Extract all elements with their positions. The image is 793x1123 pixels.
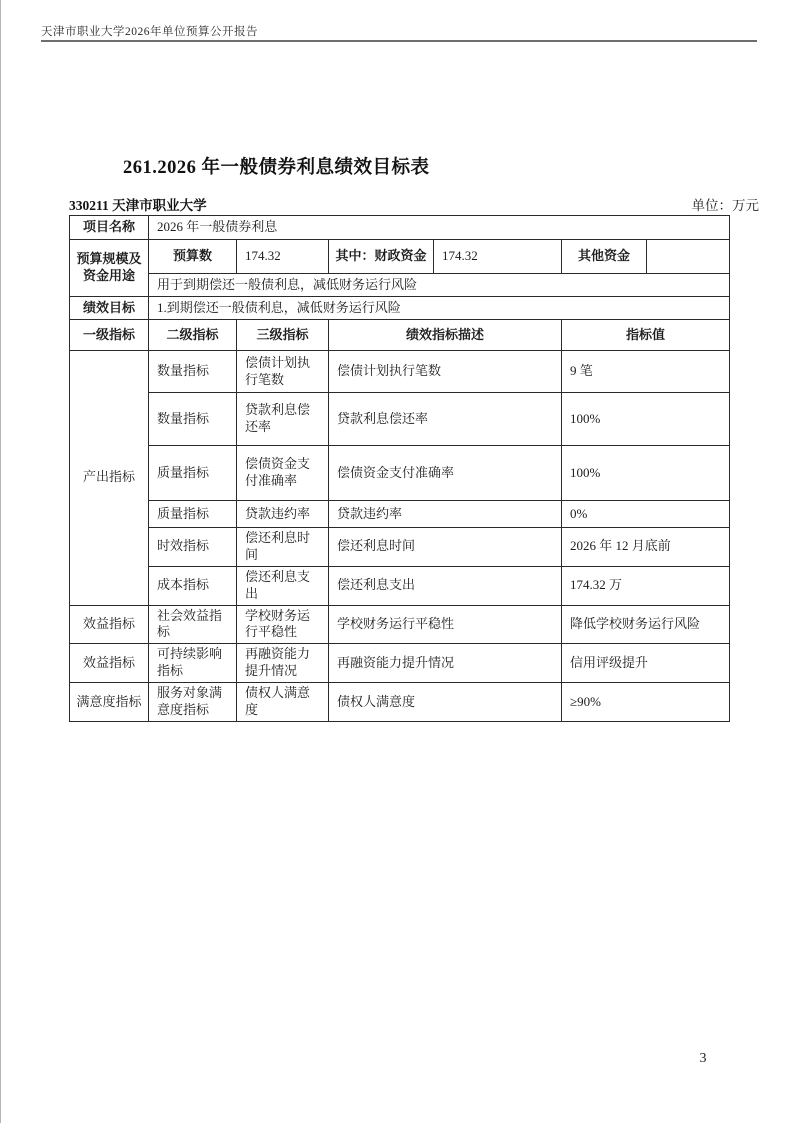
table-header-row: 一级指标 二级指标 三级指标 绩效指标描述 指标值 bbox=[70, 320, 730, 351]
performance-target-table: 项目名称 2026 年一般债券利息 预算规模及资金用途 预算数 174.32 其… bbox=[69, 215, 730, 722]
indicator-row: 数量指标 贷款利息偿还率 贷款利息偿还率 100% bbox=[70, 393, 730, 446]
table-row: 用于到期偿还一般债利息，减低财务运行风险 bbox=[70, 274, 730, 297]
level2-indicator: 服务对象满意度指标 bbox=[149, 683, 237, 722]
indicator-description: 学校财务运行平稳性 bbox=[329, 605, 562, 644]
indicator-value: 0% bbox=[562, 501, 730, 528]
level3-indicator: 偿债资金支付准确率 bbox=[237, 446, 329, 501]
project-name-value: 2026 年一般债券利息 bbox=[149, 216, 730, 240]
document-page: 天津市职业大学2026年单位预算公开报告 261.2026 年一般债券利息绩效目… bbox=[0, 0, 793, 1123]
level3-indicator: 贷款利息偿还率 bbox=[237, 393, 329, 446]
header-divider bbox=[41, 40, 757, 42]
column-header-level1: 一级指标 bbox=[70, 320, 149, 351]
level3-indicator: 债权人满意度 bbox=[237, 683, 329, 722]
level2-indicator: 成本指标 bbox=[149, 566, 237, 605]
column-header-level2: 二级指标 bbox=[149, 320, 237, 351]
level2-indicator: 质量指标 bbox=[149, 501, 237, 528]
indicator-row: 质量指标 偿债资金支付准确率 偿债资金支付准确率 100% bbox=[70, 446, 730, 501]
other-fund-label: 其他资金 bbox=[562, 240, 647, 274]
budget-number-label: 预算数 bbox=[149, 240, 237, 274]
document-header-text: 天津市职业大学2026年单位预算公开报告 bbox=[41, 23, 258, 39]
level3-indicator: 再融资能力提升情况 bbox=[237, 644, 329, 683]
unit-of-measure-label: 单位：万元 bbox=[692, 194, 760, 214]
level1-indicator: 满意度指标 bbox=[70, 683, 149, 722]
indicator-value: 100% bbox=[562, 446, 730, 501]
indicator-row: 成本指标 偿还利息支出 偿还利息支出 174.32 万 bbox=[70, 566, 730, 605]
level3-indicator: 偿还利息时间 bbox=[237, 528, 329, 567]
indicator-value: 174.32 万 bbox=[562, 566, 730, 605]
level3-indicator: 偿债计划执行笔数 bbox=[237, 351, 329, 393]
table-row: 项目名称 2026 年一般债券利息 bbox=[70, 216, 730, 240]
fiscal-fund-value: 174.32 bbox=[434, 240, 562, 274]
indicator-row: 满意度指标 服务对象满意度指标 债权人满意度 债权人满意度 ≥90% bbox=[70, 683, 730, 722]
indicator-description: 贷款利息偿还率 bbox=[329, 393, 562, 446]
level1-indicator: 产出指标 bbox=[70, 351, 149, 606]
indicator-row: 时效指标 偿还利息时间 偿还利息时间 2026 年 12 月底前 bbox=[70, 528, 730, 567]
performance-goal-label: 绩效目标 bbox=[70, 297, 149, 320]
level2-indicator: 时效指标 bbox=[149, 528, 237, 567]
budget-number-value: 174.32 bbox=[237, 240, 329, 274]
fund-usage-text: 用于到期偿还一般债利息，减低财务运行风险 bbox=[149, 274, 730, 297]
indicator-row: 质量指标 贷款违约率 贷款违约率 0% bbox=[70, 501, 730, 528]
level2-indicator: 可持续影响指标 bbox=[149, 644, 237, 683]
indicator-value: 降低学校财务运行风险 bbox=[562, 605, 730, 644]
indicator-value: 9 笔 bbox=[562, 351, 730, 393]
indicator-row: 效益指标 社会效益指标 学校财务运行平稳性 学校财务运行平稳性 降低学校财务运行… bbox=[70, 605, 730, 644]
level2-indicator: 数量指标 bbox=[149, 351, 237, 393]
indicator-description: 偿债计划执行笔数 bbox=[329, 351, 562, 393]
subtitle-row: 330211 天津市职业大学 单位：万元 bbox=[69, 194, 759, 214]
budget-section-label: 预算规模及资金用途 bbox=[70, 240, 149, 297]
level3-indicator: 偿还利息支出 bbox=[237, 566, 329, 605]
column-header-level3: 三级指标 bbox=[237, 320, 329, 351]
indicator-description: 偿还利息时间 bbox=[329, 528, 562, 567]
indicator-row: 效益指标 可持续影响指标 再融资能力提升情况 再融资能力提升情况 信用评级提升 bbox=[70, 644, 730, 683]
performance-goal-text: 1.到期偿还一般债利息，减低财务运行风险 bbox=[149, 297, 730, 320]
page-number: 3 bbox=[691, 1051, 715, 1067]
level2-indicator: 数量指标 bbox=[149, 393, 237, 446]
indicator-description: 债权人满意度 bbox=[329, 683, 562, 722]
other-fund-value bbox=[647, 240, 730, 274]
column-header-description: 绩效指标描述 bbox=[329, 320, 562, 351]
indicator-value: ≥90% bbox=[562, 683, 730, 722]
indicator-value: 2026 年 12 月底前 bbox=[562, 528, 730, 567]
indicator-description: 偿债资金支付准确率 bbox=[329, 446, 562, 501]
table-row: 预算规模及资金用途 预算数 174.32 其中：财政资金 174.32 其他资金 bbox=[70, 240, 730, 274]
level2-indicator: 质量指标 bbox=[149, 446, 237, 501]
level3-indicator: 学校财务运行平稳性 bbox=[237, 605, 329, 644]
fiscal-fund-label: 其中：财政资金 bbox=[329, 240, 434, 274]
level1-indicator: 效益指标 bbox=[70, 644, 149, 683]
indicator-value: 信用评级提升 bbox=[562, 644, 730, 683]
project-name-label: 项目名称 bbox=[70, 216, 149, 240]
level3-indicator: 贷款违约率 bbox=[237, 501, 329, 528]
indicator-description: 偿还利息支出 bbox=[329, 566, 562, 605]
page-title: 261.2026 年一般债券利息绩效目标表 bbox=[123, 153, 430, 179]
indicator-description: 贷款违约率 bbox=[329, 501, 562, 528]
level2-indicator: 社会效益指标 bbox=[149, 605, 237, 644]
level1-indicator: 效益指标 bbox=[70, 605, 149, 644]
indicator-description: 再融资能力提升情况 bbox=[329, 644, 562, 683]
indicator-value: 100% bbox=[562, 393, 730, 446]
unit-code-name: 330211 天津市职业大学 bbox=[69, 194, 207, 214]
column-header-value: 指标值 bbox=[562, 320, 730, 351]
table-row: 绩效目标 1.到期偿还一般债利息，减低财务运行风险 bbox=[70, 297, 730, 320]
indicator-row: 产出指标 数量指标 偿债计划执行笔数 偿债计划执行笔数 9 笔 bbox=[70, 351, 730, 393]
